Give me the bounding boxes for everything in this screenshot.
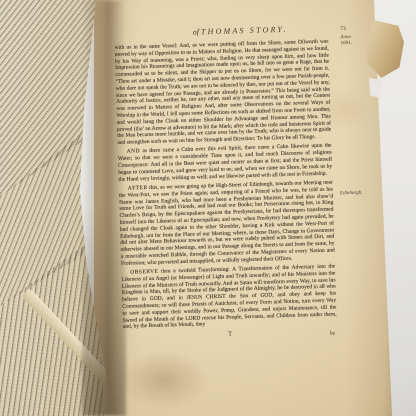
paragraph-text: as there came a Calm over this evil Spir… [118, 143, 332, 183]
paragraph-calm: AND as there came a Calm over this evil … [118, 143, 333, 183]
paragraph-lead: AND [127, 149, 141, 155]
paragraph-observe: OBSERVE then a twofold Transforming: A T… [121, 263, 337, 330]
paragraph-text: this, as we were going up the High-Stree… [119, 179, 335, 266]
paragraph-text: with us in the same Vessel: And, as we w… [115, 39, 332, 146]
catchword: be [330, 331, 335, 337]
signature-mark: T [228, 330, 232, 337]
book-photo: of THOMAS STORY. 73 Anno1691. with us in… [0, 0, 416, 416]
margin-note-edinburgh: Edinburgh, [340, 190, 385, 196]
paragraph-lead: AFTER [128, 185, 148, 192]
text-column: with us in the same Vessel: And, as we w… [115, 39, 337, 331]
margin-note-anno-line2: 1691. [340, 40, 351, 45]
page-number: 73 [340, 26, 346, 32]
paragraph-after-this: AFTER this, as we were going up the High… [119, 179, 335, 267]
paragraph-continuation: with us in the same Vessel: And, as we w… [115, 39, 332, 147]
page-title-name: THOMAS STORY. [201, 25, 288, 37]
page-content: of THOMAS STORY. 73 Anno1691. with us in… [114, 22, 389, 345]
margin-note-anno-line1: Anno [340, 35, 351, 40]
paragraph-lead: OBSERVE [130, 269, 158, 276]
page-edge-notch [369, 78, 382, 98]
margin-note-anno: Anno1691. [340, 35, 352, 47]
page-title-of: of [193, 27, 199, 36]
